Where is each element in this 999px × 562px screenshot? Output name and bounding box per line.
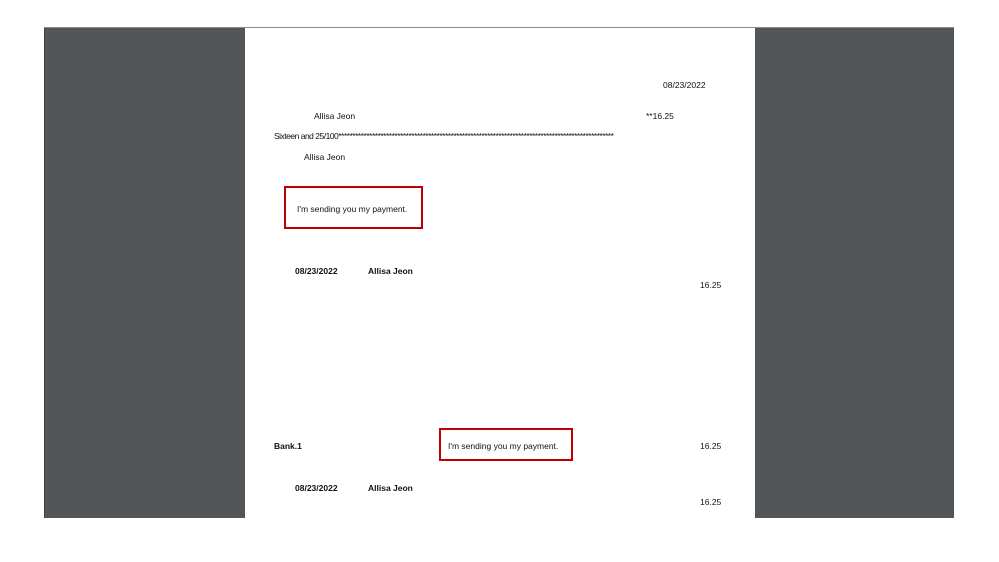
stub1-amount: 16.25: [700, 281, 721, 290]
stub1-payee: Allisa Jeon: [368, 267, 413, 276]
check-memo: I'm sending you my payment.: [297, 205, 407, 214]
check-address-name: Allisa Jeon: [304, 153, 345, 162]
stub2-payee: Allisa Jeon: [368, 484, 413, 493]
stub2-amount: 16.25: [700, 442, 721, 451]
stub1-date: 08/23/2022: [295, 267, 338, 276]
stub2-total: 16.25: [700, 498, 721, 507]
stub2-memo: I'm sending you my payment.: [448, 442, 558, 451]
check-payee: Allisa Jeon: [314, 112, 355, 121]
check-amount-words: Sixteen and 25/100**********************…: [274, 132, 613, 141]
document-viewer: 08/23/2022 Allisa Jeon **16.25 Sixteen a…: [44, 27, 954, 518]
check-page: 08/23/2022 Allisa Jeon **16.25 Sixteen a…: [245, 28, 755, 518]
check-amount: **16.25: [646, 112, 674, 121]
stub2-date: 08/23/2022: [295, 484, 338, 493]
check-date: 08/23/2022: [663, 81, 706, 90]
stub2-account: Bank.1: [274, 442, 302, 451]
